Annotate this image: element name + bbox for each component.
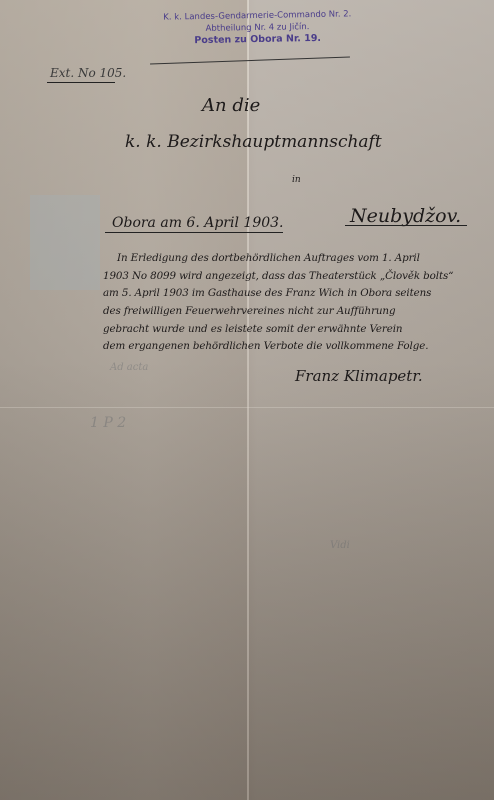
body-line: dem ergangenen behördlichen Verbote die … bbox=[103, 340, 428, 352]
reference-number: Ext. No 105. bbox=[50, 66, 126, 80]
vertical-fold-line bbox=[247, 0, 249, 800]
pencil-note: Ad acta bbox=[110, 362, 148, 373]
right-paper-half bbox=[248, 0, 494, 800]
left-paper-half bbox=[0, 0, 248, 800]
body-line: des freiwilligen Feuerwehrvereines nicht… bbox=[103, 305, 395, 317]
gendarmerie-stamp: K. k. Landes-Gendarmerie-Commando Nr. 2.… bbox=[150, 8, 366, 48]
body-line: gebracht wurde und es leistete somit der… bbox=[103, 323, 402, 335]
document-page: K. k. Landes-Gendarmerie-Commando Nr. 2.… bbox=[0, 0, 494, 800]
reference-underline bbox=[47, 82, 115, 83]
address-line-1: An die bbox=[202, 95, 260, 116]
destination: Neubydžov. bbox=[350, 205, 461, 227]
address-line-3: in bbox=[292, 175, 301, 185]
pencil-note: Vidi bbox=[330, 540, 350, 551]
pencil-note: 1 P 2 bbox=[90, 415, 126, 431]
place-date: Obora am 6. April 1903. bbox=[112, 215, 284, 231]
faded-stain bbox=[30, 195, 100, 290]
body-line: am 5. April 1903 im Gasthause des Franz … bbox=[103, 287, 431, 299]
body-line: 1903 No 8099 wird angezeigt, dass das Th… bbox=[103, 270, 453, 282]
signature: Franz Klimapetr. bbox=[295, 367, 423, 385]
destination-underline bbox=[345, 225, 467, 226]
horizontal-fold-line bbox=[0, 407, 494, 408]
place-date-underline bbox=[105, 232, 283, 233]
address-line-2: k. k. Bezirkshauptmannschaft bbox=[125, 132, 382, 152]
body-line: In Erledigung des dortbehördlichen Auftr… bbox=[117, 252, 420, 264]
